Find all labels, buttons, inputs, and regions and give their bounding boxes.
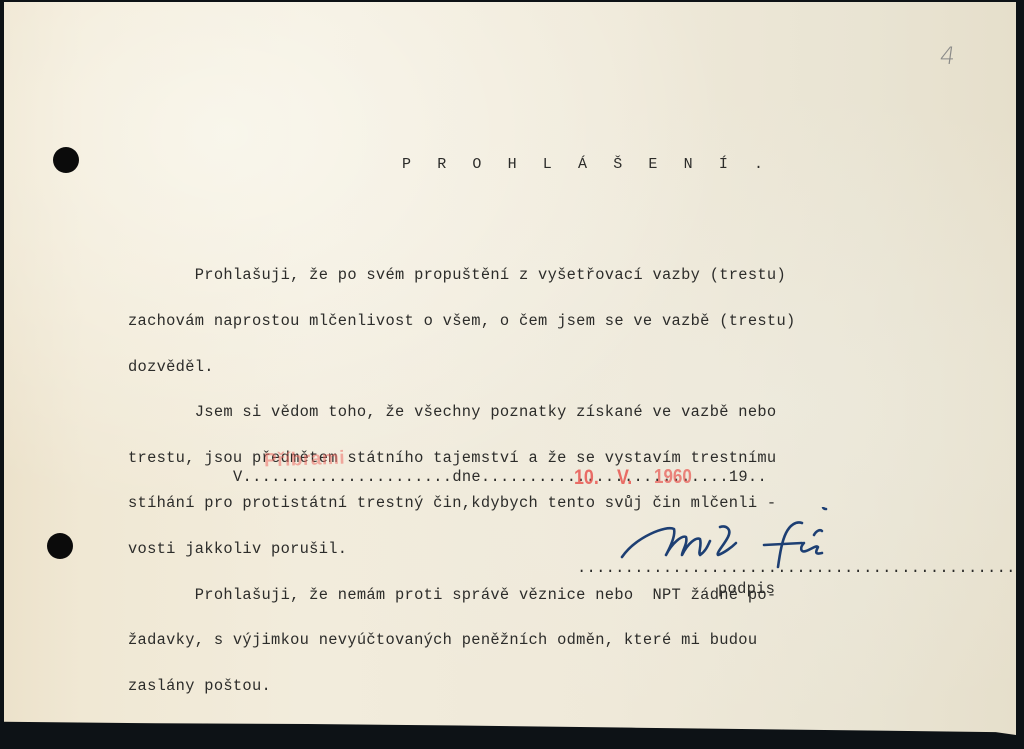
signature-label: podpis <box>718 580 775 598</box>
date-stamp-month: V. <box>617 466 632 490</box>
body-line: Jsem si vědom toho, že všechny poznatky … <box>128 405 796 420</box>
document-page: 4 P R O H L Á Š E N Í . Prohlašuji, že p… <box>4 2 1016 735</box>
body-line: dozvěděl. <box>128 360 796 375</box>
body-line: zachovám naprostou mlčenlivost o všem, o… <box>128 314 796 329</box>
date-stamp-year: 1960 <box>654 466 692 489</box>
body-line: Prohlašuji, že po svém propuštění z vyše… <box>128 268 796 283</box>
handwritten-page-number: 4 <box>938 42 957 70</box>
punch-hole-bottom <box>47 533 73 559</box>
signature-line: ........................................… <box>577 559 1024 577</box>
body-line: Prohlašuji, že nemám proti správě věznic… <box>128 588 796 603</box>
body-line: trestu, jsou předmětem státního tajemstv… <box>128 451 796 466</box>
date-stamp-day: 10. <box>574 466 599 490</box>
punch-hole-top <box>53 147 79 173</box>
body-line: žadavky, s výjimkou nevyúčtovaných peněž… <box>128 633 796 648</box>
body-line: zaslány poštou. <box>128 679 796 694</box>
document-title: P R O H L Á Š E N Í . <box>402 156 772 173</box>
